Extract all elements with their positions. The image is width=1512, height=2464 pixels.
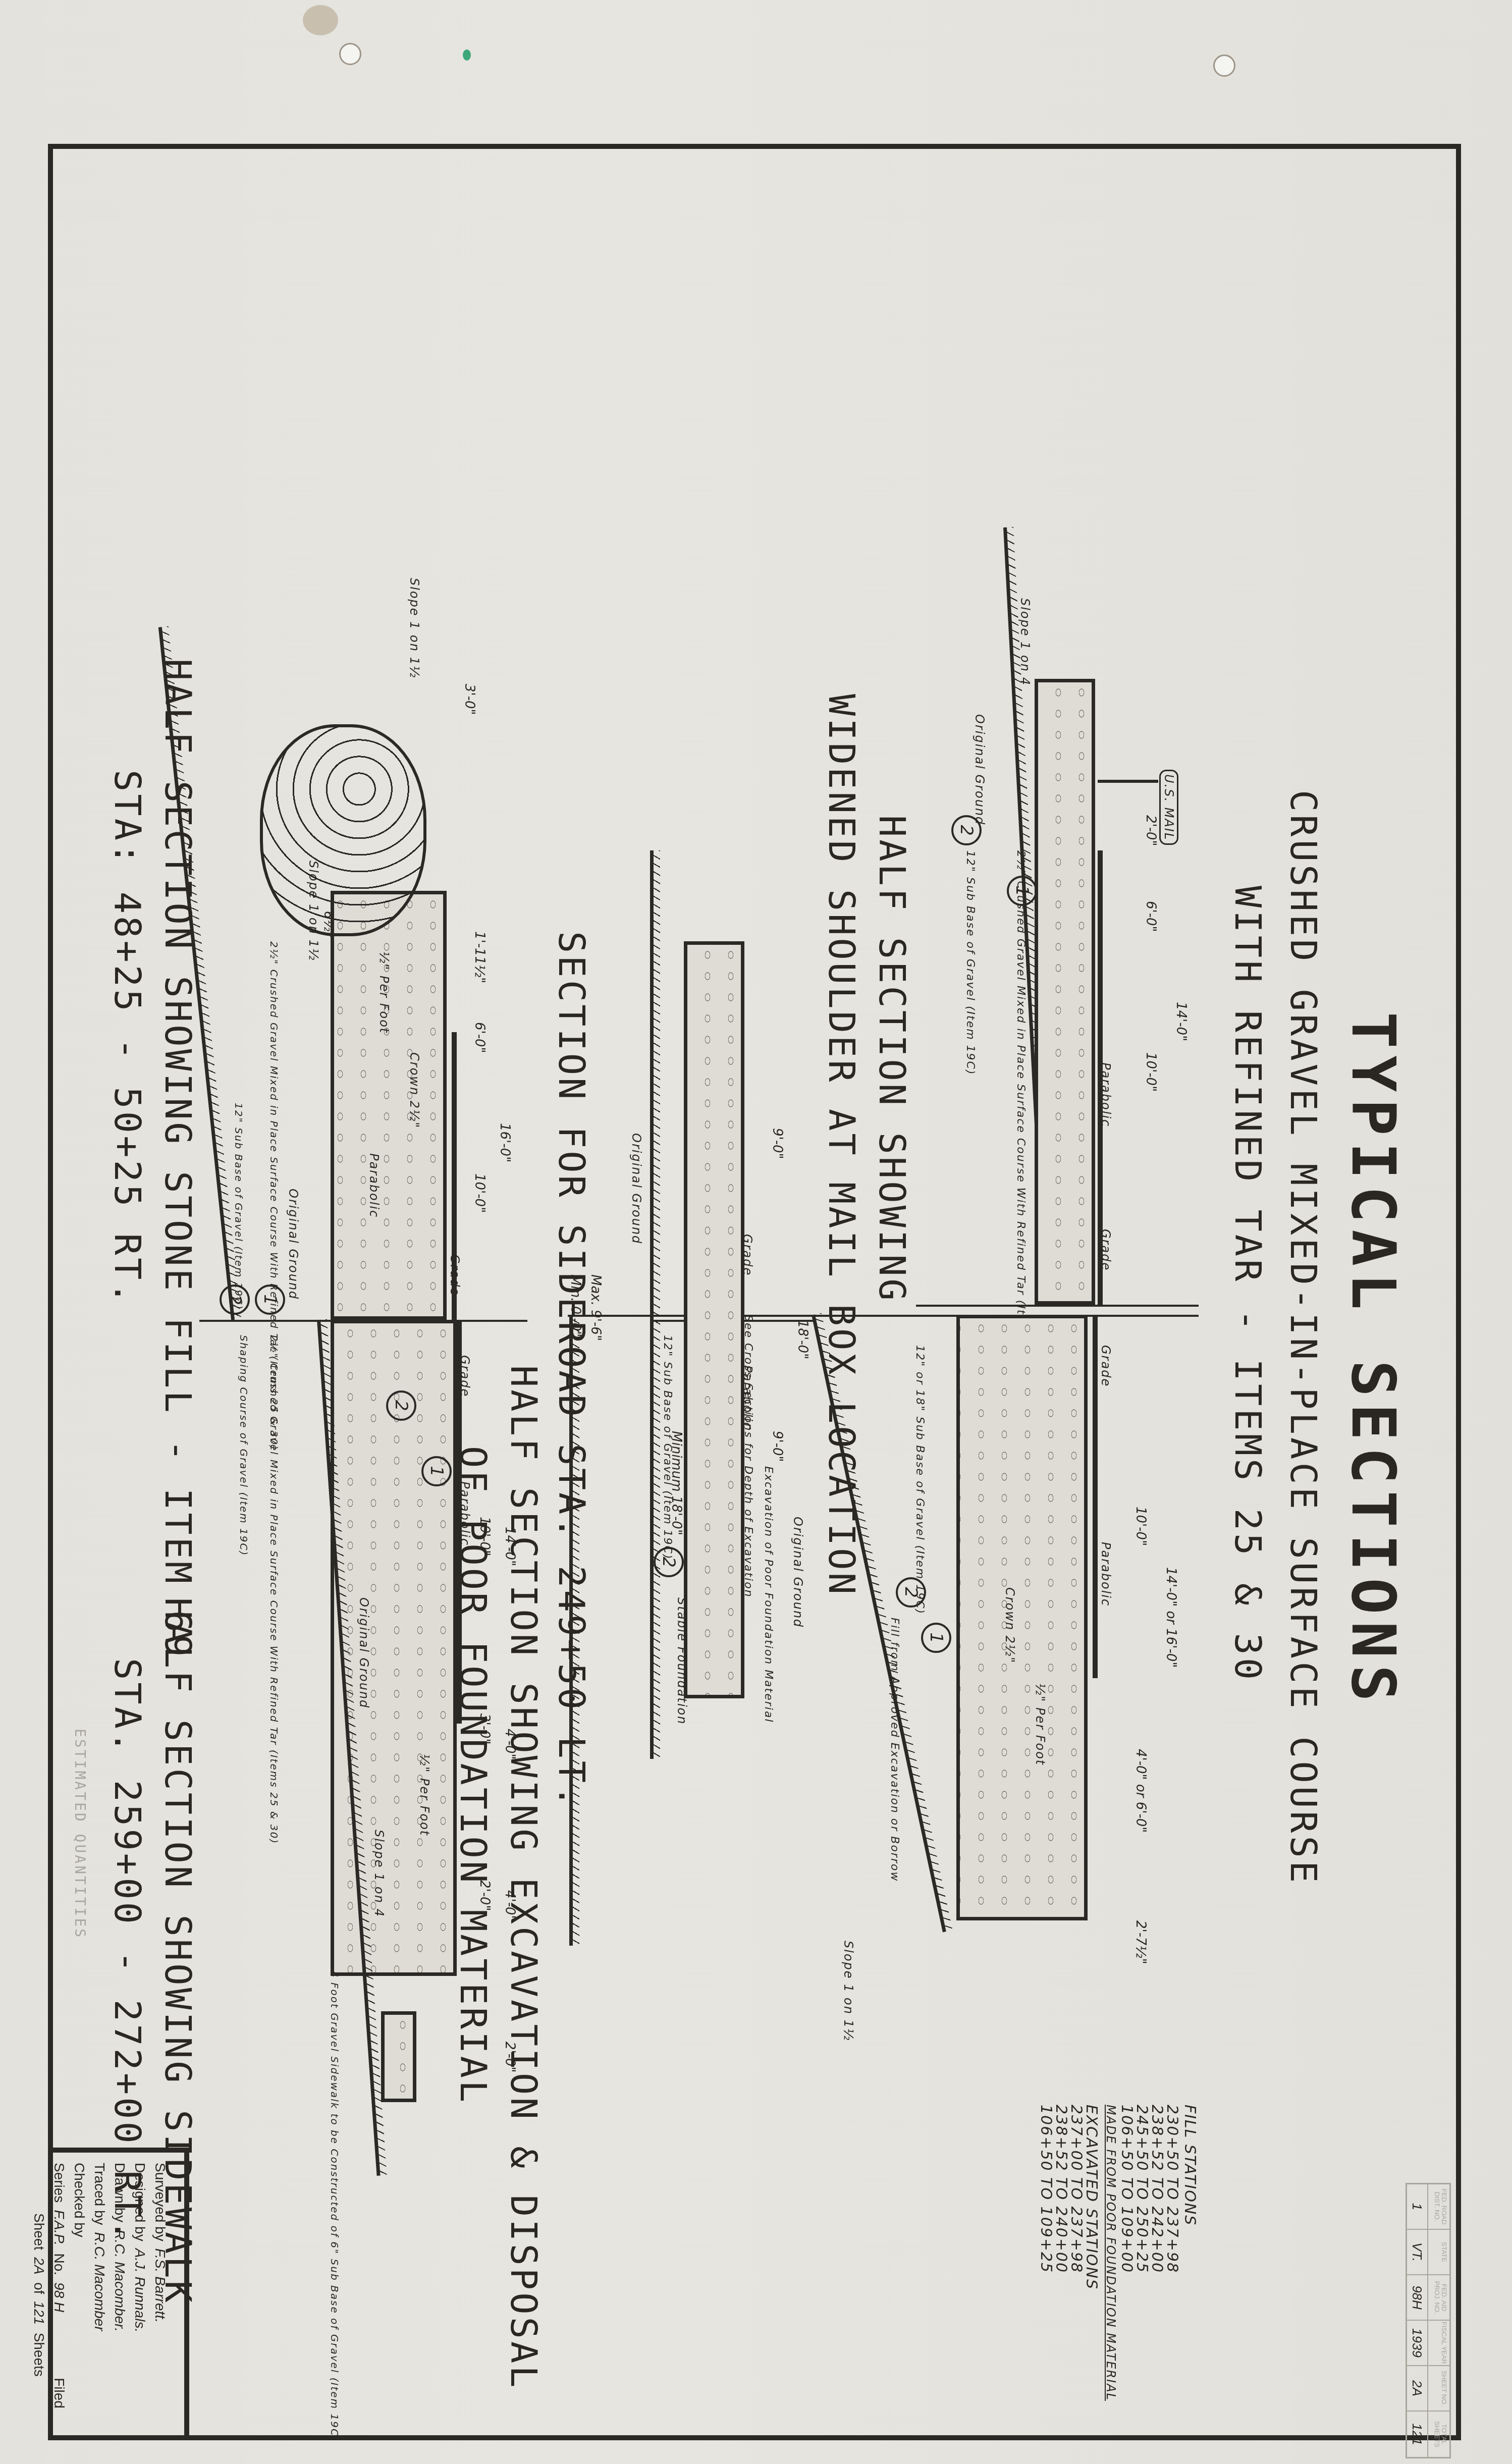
dim-2ft: 2'-0" [502,2042,517,2073]
fed-cell: FED. ROAD DIST. NO.1 [1407,2184,1449,2230]
slope-back-label: Slope 1 on 1½ [407,578,421,678]
mailbox-note-2: 12" Sub Base of Gravel (Item 19C) [964,850,977,1076]
fill-stations-heading: FILL STATIONS [1181,2105,1199,2226]
sidewalk-slab [381,2011,416,2102]
excavated-station-row: 238+52 TO 240+00 [1052,2105,1070,2273]
dim-10ft: 10'-0" [1143,1052,1158,1092]
stone-fill-caption-2: STA: 48+25 - 50+25 RT. [106,770,149,1307]
excavated-station-row: 237+00 TO 237+98 [1067,2105,1085,2273]
original-ground-line [650,850,654,1759]
slope-label: Slope 1 on 1½ [306,861,320,961]
drawing-title: TYPICAL SECTIONS [1338,1012,1408,1708]
per-foot-label: ½" Per Foot [1033,1683,1047,1765]
original-ground-label: Original Ground [357,1597,371,1708]
callout-1: 1 [921,1623,951,1653]
drawing-canvas: TYPICAL SECTIONS CRUSHED GRAVEL MIXED-IN… [48,144,1461,2440]
original-ground-label: Original Ground [629,1133,643,1244]
dim-10ft: 10'-0" [477,1517,492,1556]
series-row: SeriesF.A.P. No.98 HFiled [49,2163,69,2425]
dim-6ft: 6'-0" [472,1022,487,1053]
stone-fill-area [260,724,426,936]
dim-6ft: 6'-0" [1143,901,1158,932]
dim-9ft-left: 9'-0" [770,1128,785,1159]
dim-18ft: 18'-0" [795,1320,810,1359]
excavation-note: Excavation of Poor Foundation Material [762,1466,775,1723]
mailbox-caption-1: HALF SECTION SHOWING [871,815,913,1303]
sidewalk-construction-note: 4 Foot Gravel Sidewalk to be Constructed… [329,1971,341,2442]
dim-10ft: 10'-0" [472,1173,487,1213]
drawn-row: Drawn byR.C. Macomber. [110,2163,130,2425]
gravel-layer [684,941,744,1698]
dim-4ft-b: 4'-0" [502,1890,517,1921]
title-block: Surveyed byF.S. Barrett. Designed byA.J.… [48,2148,189,2440]
sidewalk-note-1: 2½" Crushed Gravel Mixed in Place Surfac… [268,1335,280,1844]
dim-3ft: 3'-0" [477,1713,492,1745]
centerline [916,1305,1199,1307]
excavated-stations-heading: EXCAVATED STATIONS [1083,2105,1100,2290]
punch-hole [1213,55,1235,77]
fill-station-row: 245+50 TO 250+25 [1133,2105,1151,2273]
fed-cell: SHEET NO.2A [1407,2366,1449,2412]
grade-label: Grade [448,1254,462,1296]
per-foot-label: ½" Per Foot [377,951,391,1034]
fill-station-row: 106+50 TO 109+00 [1118,2105,1136,2273]
crown-label: Crown 2½" [407,1052,421,1129]
dim-9ft-right: 9'-0" [770,1431,785,1462]
drawing-subtitle-1: CRUSHED GRAVEL MIXED-IN-PLACE SURFACE CO… [1282,790,1325,1886]
dim-10ft: 10'-0" [1133,1507,1148,1546]
sideroad-note-2: 12" Sub Base of Gravel (Item 19C) [661,1335,674,1560]
original-ground-label: Original Ground [286,1189,300,1300]
dim-4-or-6: 4'-0" or 6'-0" [1133,1749,1148,1833]
surveyed-row: Surveyed byF.S. Barrett. [150,2163,170,2425]
drawing-subtitle-2: WITH REFINED TAR - ITEMS 25 & 30 [1227,886,1269,1683]
parabolic-label: Parabolic [458,1481,472,1546]
grade-label: Grade [1099,1345,1113,1387]
fill-note: Fill from Approved Excavation or Borrow [888,1618,901,1882]
crown-label: Crown 2½" [1003,1587,1017,1664]
sidewalk-note-2: Shaping Course of Gravel (Item 19C) [238,1335,250,1556]
punch-hole [339,43,361,65]
traced-row: Traced byR.C. Macomber [89,2163,110,2425]
gravel-layer [1035,679,1095,1305]
grade-label: Grade [1099,1229,1113,1271]
dim-2-7: 2'-7½" [1133,1920,1148,1964]
dim-14ft: 14'-0" [1173,1002,1189,1041]
fill-station-row: 230+50 TO 237+98 [1163,2105,1181,2273]
grade-label: Grade [458,1355,472,1397]
made-from-label: MADE FROM POOR FOUNDATION MATERIAL [1104,2105,1118,2401]
blueprint-sheet: TYPICAL SECTIONS CRUSHED GRAVEL MIXED-IN… [0,0,1512,2464]
dim-4ft: 4'-0" [502,1729,517,1760]
exc-note-2: 12" or 18" Sub Base of Gravel (Item 19C) [913,1345,926,1615]
parabolic-label: Parabolic [1099,1542,1113,1606]
checked-row: Checked by [69,2163,89,2425]
fed-cell: TOTAL SHEETS121 [1407,2412,1449,2457]
callout-2: 2 [386,1390,416,1421]
callout-1: 1 [421,1456,452,1486]
stone-fill-caption-1: HALF SECTION SHOWING STONE FILL - ITEM 6… [157,659,199,1659]
gravel-layer [956,1315,1088,1920]
green-mark [463,49,471,61]
excavated-station-row: 106+50 TO 109+25 [1037,2105,1055,2273]
centerline [568,1315,1199,1317]
parabolic-label: Parabolic [740,1365,754,1430]
per-foot-label: ½" Per Foot [417,1754,431,1836]
parabolic-label: Parabolic [367,1153,381,1218]
dim-14-or-16: 14'-0" or 16'-0" [1163,1567,1178,1668]
slope-label: Slope 1 on 4 [372,1830,386,1917]
stain-mark [303,5,338,35]
mailbox-post [1098,780,1158,783]
original-ground-label: Original Ground [791,1517,805,1628]
callout-2: 2 [951,815,982,845]
dim-14ft: 14'-0" [502,1527,517,1566]
stone-note-2: 12" Sub Base of Gravel (Item 19C) [233,1103,245,1310]
sideroad-caption: SECTION FOR SIDEROAD STA. 249+50 LT. [551,931,593,1810]
slope-label: Slope 1 on 4 [1018,598,1032,686]
fill-station-row: 238+52 TO 242+00 [1148,2105,1166,2273]
excavation-caption-1: HALF SECTION SHOWING EXCAVATION & DISPOS… [503,1365,545,2390]
estimated-quantities-label: ESTIMATED QUANTITIES [72,1729,88,1939]
dim-1-11: 1'-11½" [472,931,487,983]
mailbox-label: U.S. MAIL [1159,770,1178,845]
grade-label: Grade [740,1234,754,1276]
dim-3ft: 3'-0" [462,684,477,715]
original-ground-label: Original Ground [973,714,987,825]
dim-2ft-b: 2'-0" [477,1880,492,1911]
slope-label: Slope 1 on 1½ [841,1941,855,2041]
dim-16ft: 16'-0" [497,1123,512,1162]
parabolic-label: Parabolic [1099,1062,1113,1127]
designed-row: Designed byA.J. Runnals. [130,2163,150,2425]
dim-2ft: 2'-0" [1143,815,1158,846]
six-half-label: 6½" [321,911,336,939]
mailbox-caption-2: WIDENED SHOULDER AT MAIL BOX LOCATION [821,694,863,1597]
fed-cell: STATEVT. [1407,2230,1449,2275]
federal-project-table: FED. ROAD DIST. NO.1 STATEVT. FED. AID P… [1406,2183,1451,2458]
sheet-row: Sheet2A of121 Sheets [29,2163,49,2425]
fed-cell: FED. AID PROJ. NO.98H [1407,2275,1449,2321]
surface-course [1093,1315,1098,1678]
fed-cell: FISCAL YEAR1939 [1407,2321,1449,2366]
